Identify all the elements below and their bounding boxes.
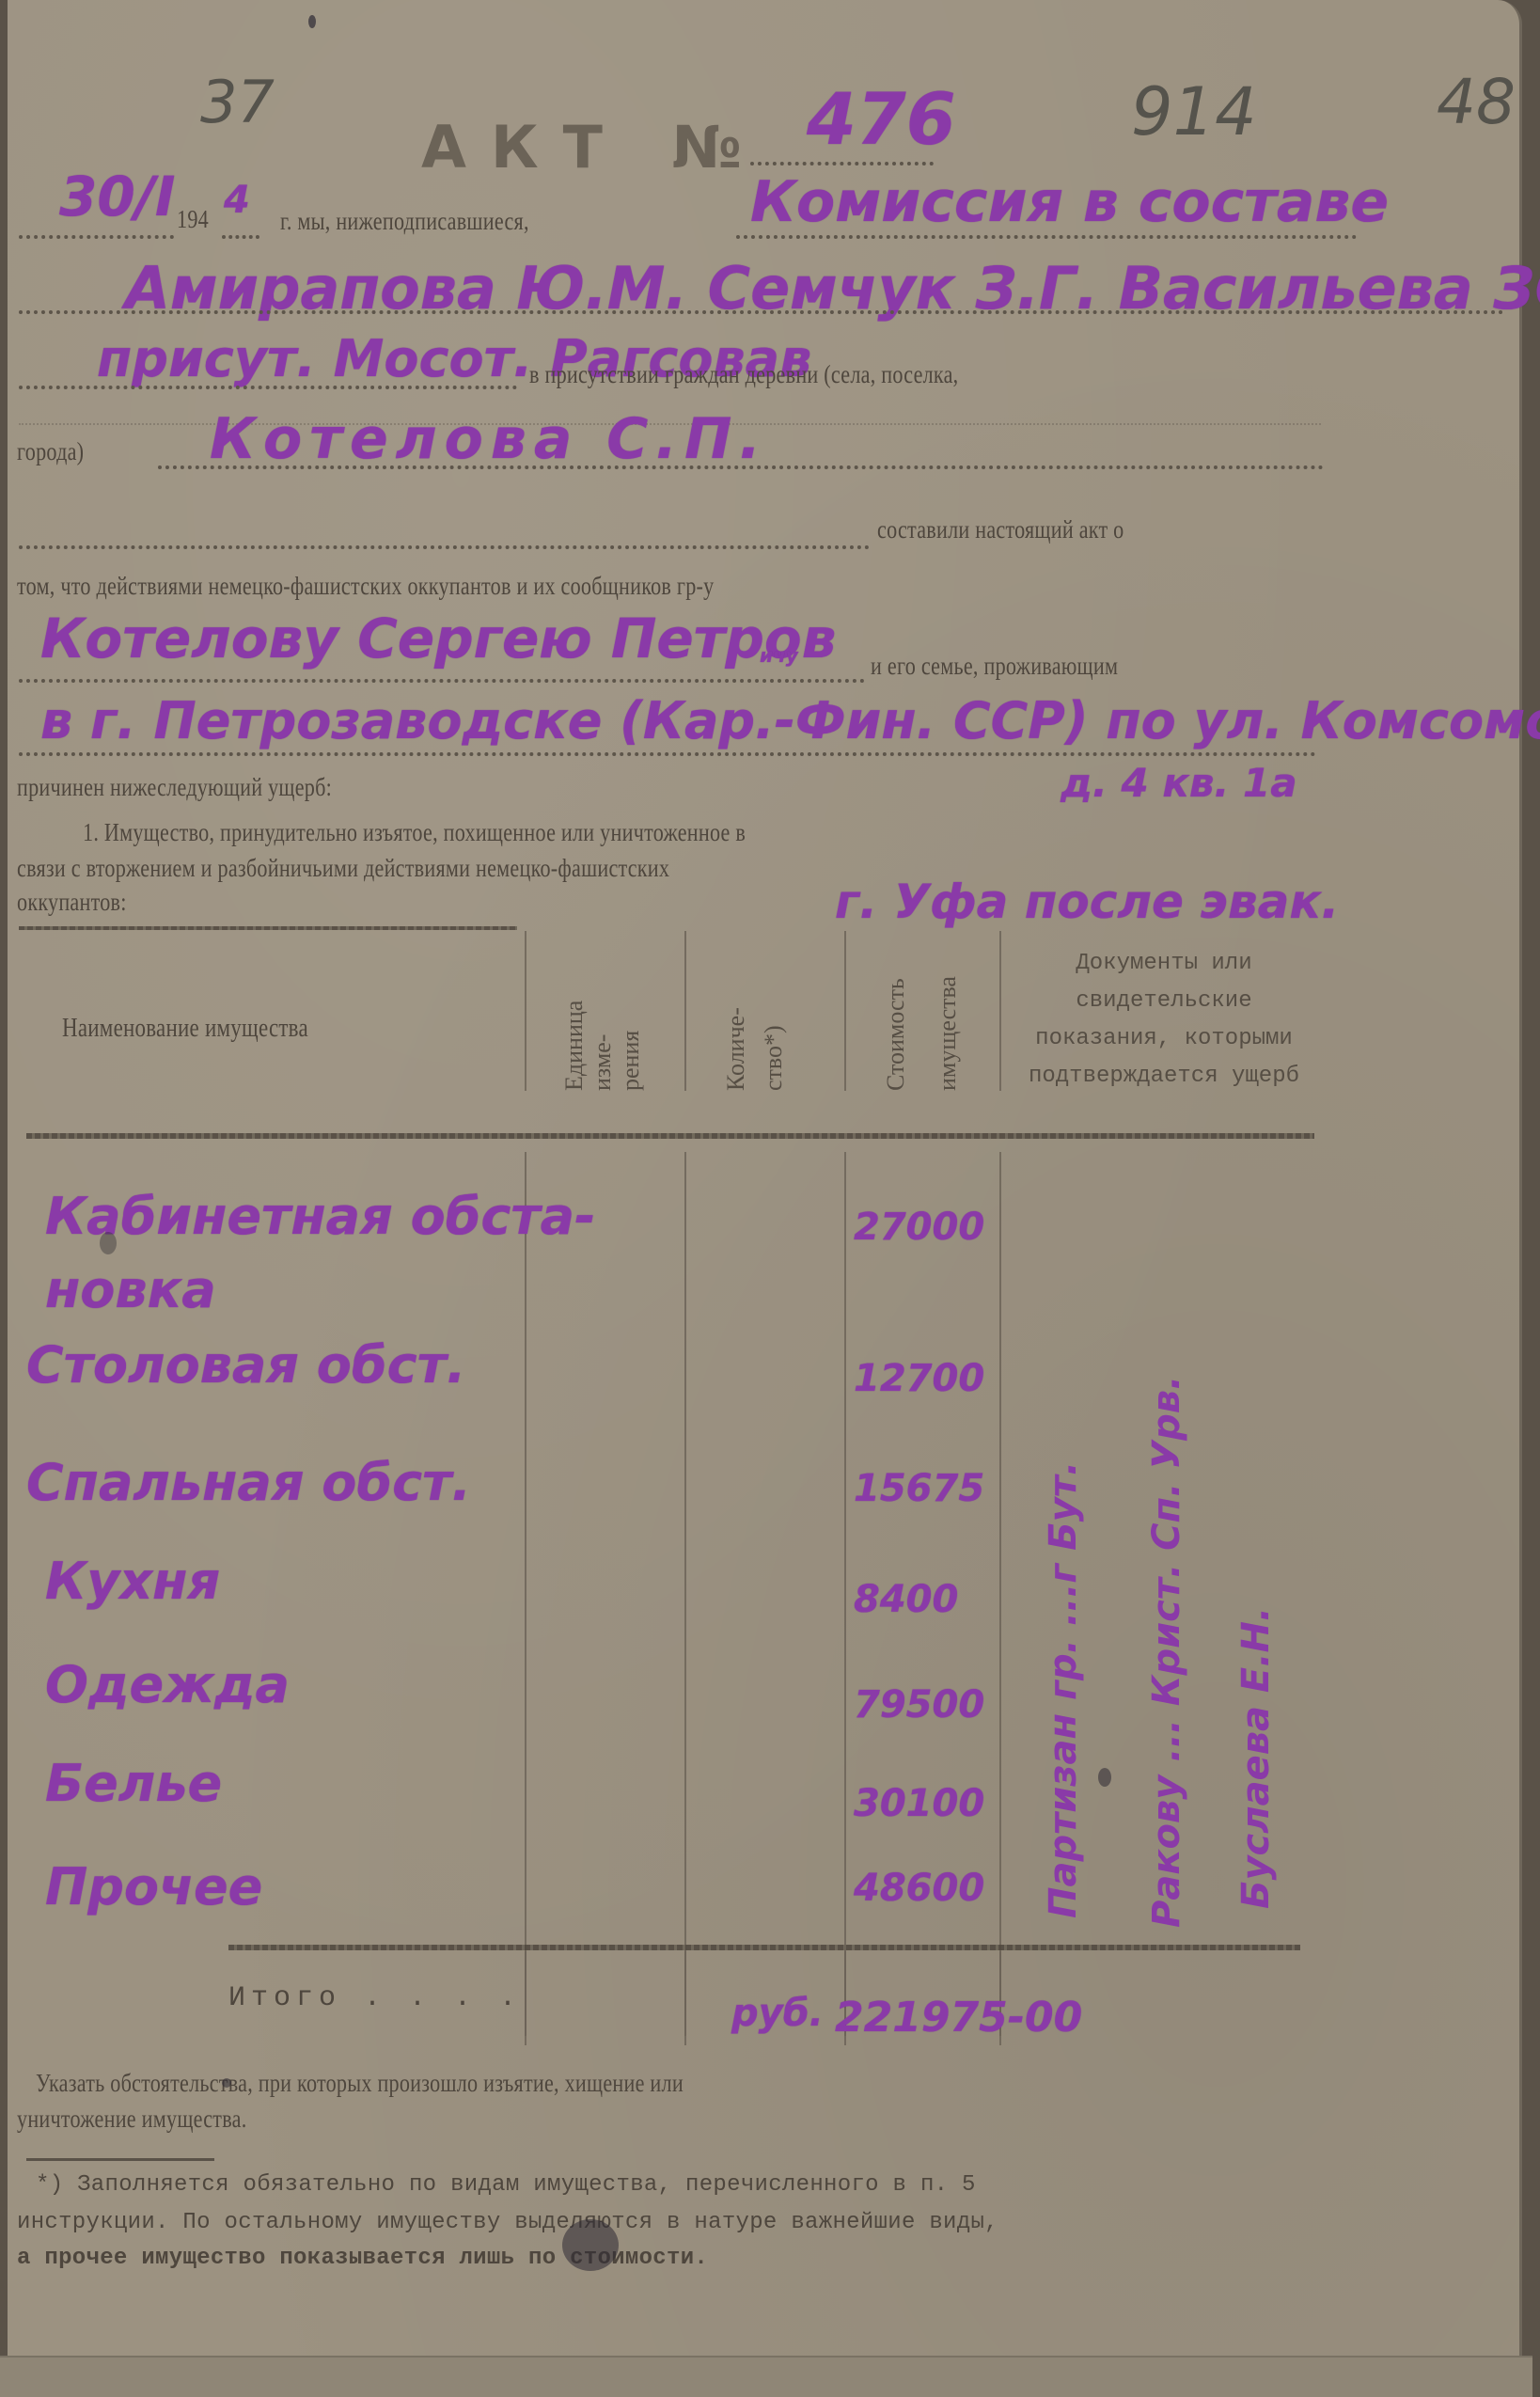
table-row-cost: 15675: [854, 1467, 984, 1510]
total-currency: руб.: [731, 1992, 824, 2035]
body-col-divider-1: [525, 1152, 526, 2036]
table-total-rule: [228, 1945, 1300, 1950]
table-row-cost: 48600: [854, 1867, 984, 1910]
victim-name-suffix: ичу: [760, 644, 798, 667]
col-divider-3: [844, 931, 846, 1091]
body-col-divider-3: [844, 1152, 846, 2036]
table-top-rule: [19, 926, 517, 930]
col-header-qty-1: Количе-: [722, 978, 750, 1091]
signatories-label: г. мы, нижеподписавшиеся,: [280, 207, 529, 236]
footnote-separator: [26, 2158, 214, 2161]
ink-spot: [308, 15, 316, 28]
table-row-name: Кухня: [45, 1552, 220, 1611]
total-label: Итого . . . .: [228, 1982, 522, 2014]
table-row-cost: 8400: [854, 1578, 958, 1621]
city-label: города): [17, 437, 84, 466]
witness-note-1: Партизан гр. ...г Бут.: [1042, 1185, 1085, 1918]
presence-line: [19, 386, 517, 389]
date-handwritten: 30/I: [59, 165, 175, 229]
year-line: [222, 235, 259, 239]
pencil-folio-number: 914: [1131, 73, 1257, 150]
presence-label: в присутствии граждан деревни (села, пос…: [529, 360, 958, 389]
date-line: [19, 235, 174, 239]
compiled-label: составили настоящий акт о: [877, 515, 1124, 544]
table-row-name: Одежда: [45, 1655, 290, 1714]
total-value: 221975-00: [835, 1994, 1082, 2042]
act-number-line: [750, 162, 934, 166]
table-header-rule: [26, 1133, 1314, 1139]
pencil-archive-number: 37: [200, 68, 275, 136]
apartment-number: д. 4 кв. 1а: [1061, 760, 1297, 806]
col-divider-1: [525, 931, 526, 1091]
year-suffix: 4: [224, 179, 250, 222]
table-row-cost: 12700: [854, 1357, 984, 1400]
col-header-docs: Документы или свидетельские показания, к…: [1014, 945, 1314, 1096]
occupants-text: том, что действиями немецко-фашистских о…: [17, 572, 714, 601]
col-header-qty-2: ство*): [760, 978, 788, 1091]
commission-line: [736, 235, 1357, 239]
table-row-cost: 27000: [854, 1206, 984, 1249]
family-label: и его семье, проживающим: [871, 652, 1118, 681]
ink-spot: [222, 2078, 231, 2088]
members-line: [19, 310, 1504, 314]
col-header-cost-2: имущества: [934, 950, 962, 1091]
table-row-cost: 79500: [854, 1683, 984, 1727]
witness-note-3: Буслаева Е.Н.: [1234, 1364, 1278, 1909]
col-header-unit-1: Единица: [560, 978, 589, 1091]
victim-name: Котелову Сергею Петров: [40, 607, 836, 670]
ink-spot: [1098, 1768, 1111, 1787]
evacuation-note: г. Уфа после эвак.: [835, 875, 1339, 929]
col-divider-4: [999, 931, 1001, 1091]
table-row-cost: 30100: [854, 1782, 984, 1825]
victim-line: [19, 679, 865, 683]
table-row-name: Столовая обст.: [26, 1335, 465, 1395]
table-row-name: Белье: [45, 1754, 222, 1813]
ink-spot: [100, 1232, 117, 1254]
witness-note-2: Ракову ... Крист. Сп. Урв.: [1145, 1194, 1188, 1928]
total-col-divider-2: [684, 1951, 686, 2045]
footnote-line2: инструкции. По остальному имуществу выде…: [17, 2210, 998, 2235]
table-row-name: Прочее: [45, 1857, 262, 1916]
col-divider-2: [684, 931, 686, 1091]
witness-name: Котелова С.П.: [210, 406, 768, 472]
act-title: АКТ №: [421, 113, 766, 181]
section1-line1: 1. Имущество, принудительно изъятое, пох…: [83, 818, 746, 847]
body-col-divider-2: [684, 1152, 686, 2036]
pencil-page-number: 48: [1437, 66, 1516, 138]
body-col-divider-4: [999, 1152, 1001, 2036]
table-row-name: Спальная обст.: [26, 1453, 471, 1512]
damage-label: причинен нижеследующий ущерб:: [17, 773, 332, 802]
col-header-unit-3: рения: [617, 978, 645, 1091]
col-header-name: Наименование имущества: [62, 1014, 308, 1044]
act-number: 476: [807, 77, 956, 161]
col-header-cost-1: Стоимость: [882, 950, 910, 1091]
blank-line: [19, 545, 870, 549]
circumstances-note-line1: Указать обстоятельства, при которых прои…: [36, 2069, 684, 2098]
victim-address: в г. Петрозаводске (Кар.-Фин. ССР) по ул…: [40, 691, 1540, 750]
address-line: [19, 752, 1316, 756]
year-prefix: 194: [177, 205, 209, 234]
total-col-divider-1: [525, 1951, 526, 2045]
footnote-line1: *) Заполняется обязательно по видам имущ…: [36, 2172, 976, 2198]
col-header-unit-2: изме-: [589, 978, 617, 1091]
commission-text: Комиссия в составе: [750, 169, 1389, 235]
document-page: 37 АКТ № 476 914 48 30/I 194 4 г. мы, ни…: [8, 0, 1522, 2356]
ink-blot: [562, 2219, 619, 2271]
circumstances-note-line2: уничтожение имущества.: [17, 2105, 246, 2134]
underlying-page-edge: [0, 2356, 1532, 2395]
section1-line3: оккупантов:: [17, 888, 127, 917]
section1-line2: связи с вторжением и разбойничьими дейст…: [17, 854, 669, 883]
table-row-name-cont: новка: [45, 1260, 216, 1319]
table-row-name: Кабинетная обста-: [45, 1187, 596, 1246]
